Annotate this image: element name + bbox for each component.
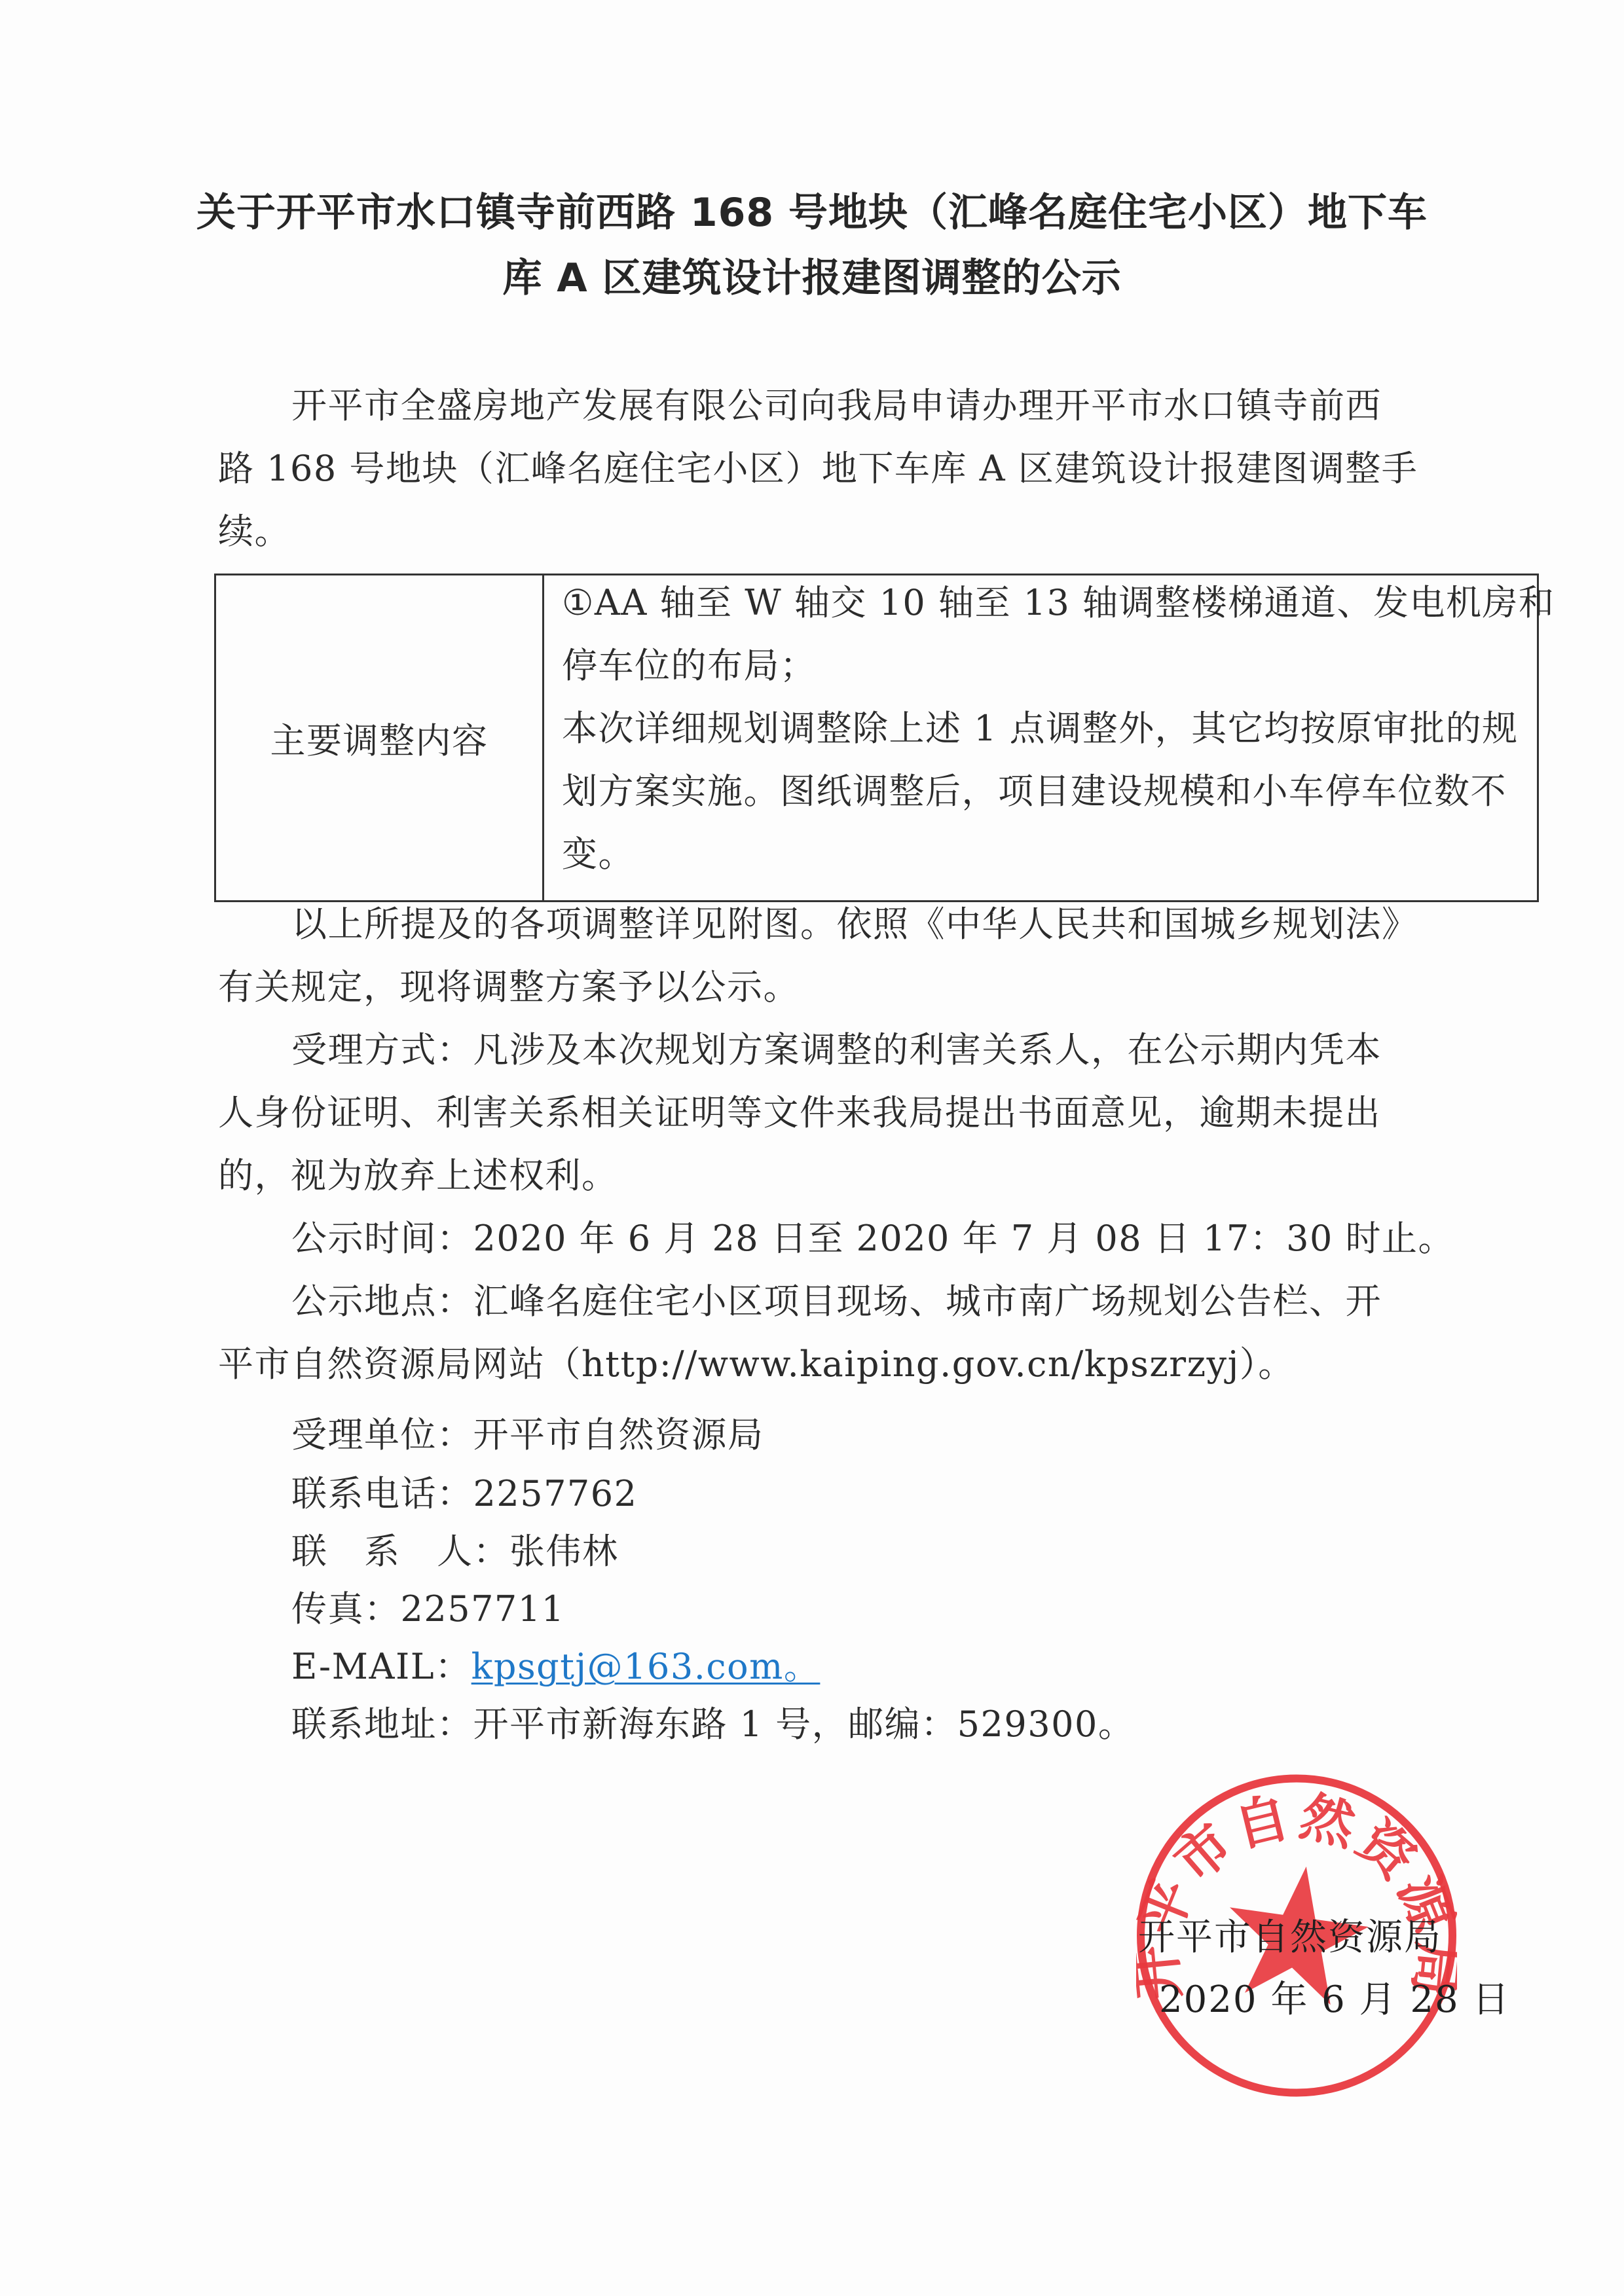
table-content-line-4: 划方案实施。图纸调整后，项目建设规模和小车停车位数不: [562, 772, 1507, 811]
acceptance-line-1: 受理方式：凡涉及本次规划方案调整的利害关系人，在公示期内凭本: [291, 1030, 1382, 1070]
signature-date: 2020 年 6 月 28 日: [1159, 1980, 1510, 2020]
table-content-line-2: 停车位的布局；: [562, 646, 817, 685]
intro-line-3: 续。: [218, 512, 291, 551]
contact-email: E-MAIL：kpsgtj@163.com。: [291, 1647, 820, 1686]
table-content-line-1: ①AA 轴至 W 轴交 10 轴至 13 轴调整楼梯通道、发电机房和: [562, 583, 1555, 623]
notice-location-line-2: 平市自然资源局网站（http://www.kaiping.gov.cn/kpsz…: [218, 1345, 1295, 1384]
contact-fax: 传真：2257711: [291, 1590, 565, 1629]
contact-person: 联 系 人：张伟林: [291, 1532, 619, 1571]
contact-phone: 联系电话：2257762: [291, 1474, 638, 1514]
signature-organization: 开平市自然资源局: [1138, 1918, 1442, 1958]
table-column-divider: [542, 575, 544, 900]
notice-period: 公示时间：2020 年 6 月 28 日至 2020 年 7 月 08 日 17…: [291, 1219, 1454, 1258]
intro-line-1: 开平市全盛房地产发展有限公司向我局申请办理开平市水口镇寺前西: [291, 386, 1382, 426]
adjustment-table: 主要调整内容 ①AA 轴至 W 轴交 10 轴至 13 轴调整楼梯通道、发电机房…: [214, 574, 1539, 902]
document-title-line-1: 关于开平市水口镇寺前西路 168 号地块（汇峰名庭住宅小区）地下车: [0, 190, 1624, 236]
table-content-line-5: 变。: [562, 835, 635, 874]
basis-line-1: 以上所提及的各项调整详见附图。依照《中华人民共和国城乡规划法》: [291, 905, 1418, 944]
intro-line-2: 路 168 号地块（汇峰名庭住宅小区）地下车库 A 区建筑设计报建图调整手: [218, 449, 1418, 488]
basis-line-2: 有关规定，现将调整方案予以公示。: [218, 968, 800, 1007]
contact-email-label: E-MAIL：: [291, 1646, 471, 1687]
contact-address: 联系地址：开平市新海东路 1 号，邮编：529300。: [291, 1705, 1134, 1744]
email-link[interactable]: kpsgtj@163.com。: [471, 1646, 821, 1687]
table-content-line-3: 本次详细规划调整除上述 1 点调整外，其它均按原审批的规: [562, 709, 1519, 748]
acceptance-line-2: 人身份证明、利害关系相关证明等文件来我局提出书面意见，逾期未提出: [218, 1093, 1381, 1133]
notice-location-line-1: 公示地点：汇峰名庭住宅小区项目现场、城市南广场规划公告栏、开: [291, 1282, 1382, 1321]
document-page: 关于开平市水口镇寺前西路 168 号地块（汇峰名庭住宅小区）地下车 库 A 区建…: [0, 0, 1624, 2296]
document-title-line-2: 库 A 区建筑设计报建图调整的公示: [0, 255, 1624, 301]
table-label-cell: 主要调整内容: [216, 575, 542, 900]
acceptance-line-3: 的，视为放弃上述权利。: [218, 1156, 618, 1195]
contact-unit: 受理单位：开平市自然资源局: [291, 1415, 764, 1455]
